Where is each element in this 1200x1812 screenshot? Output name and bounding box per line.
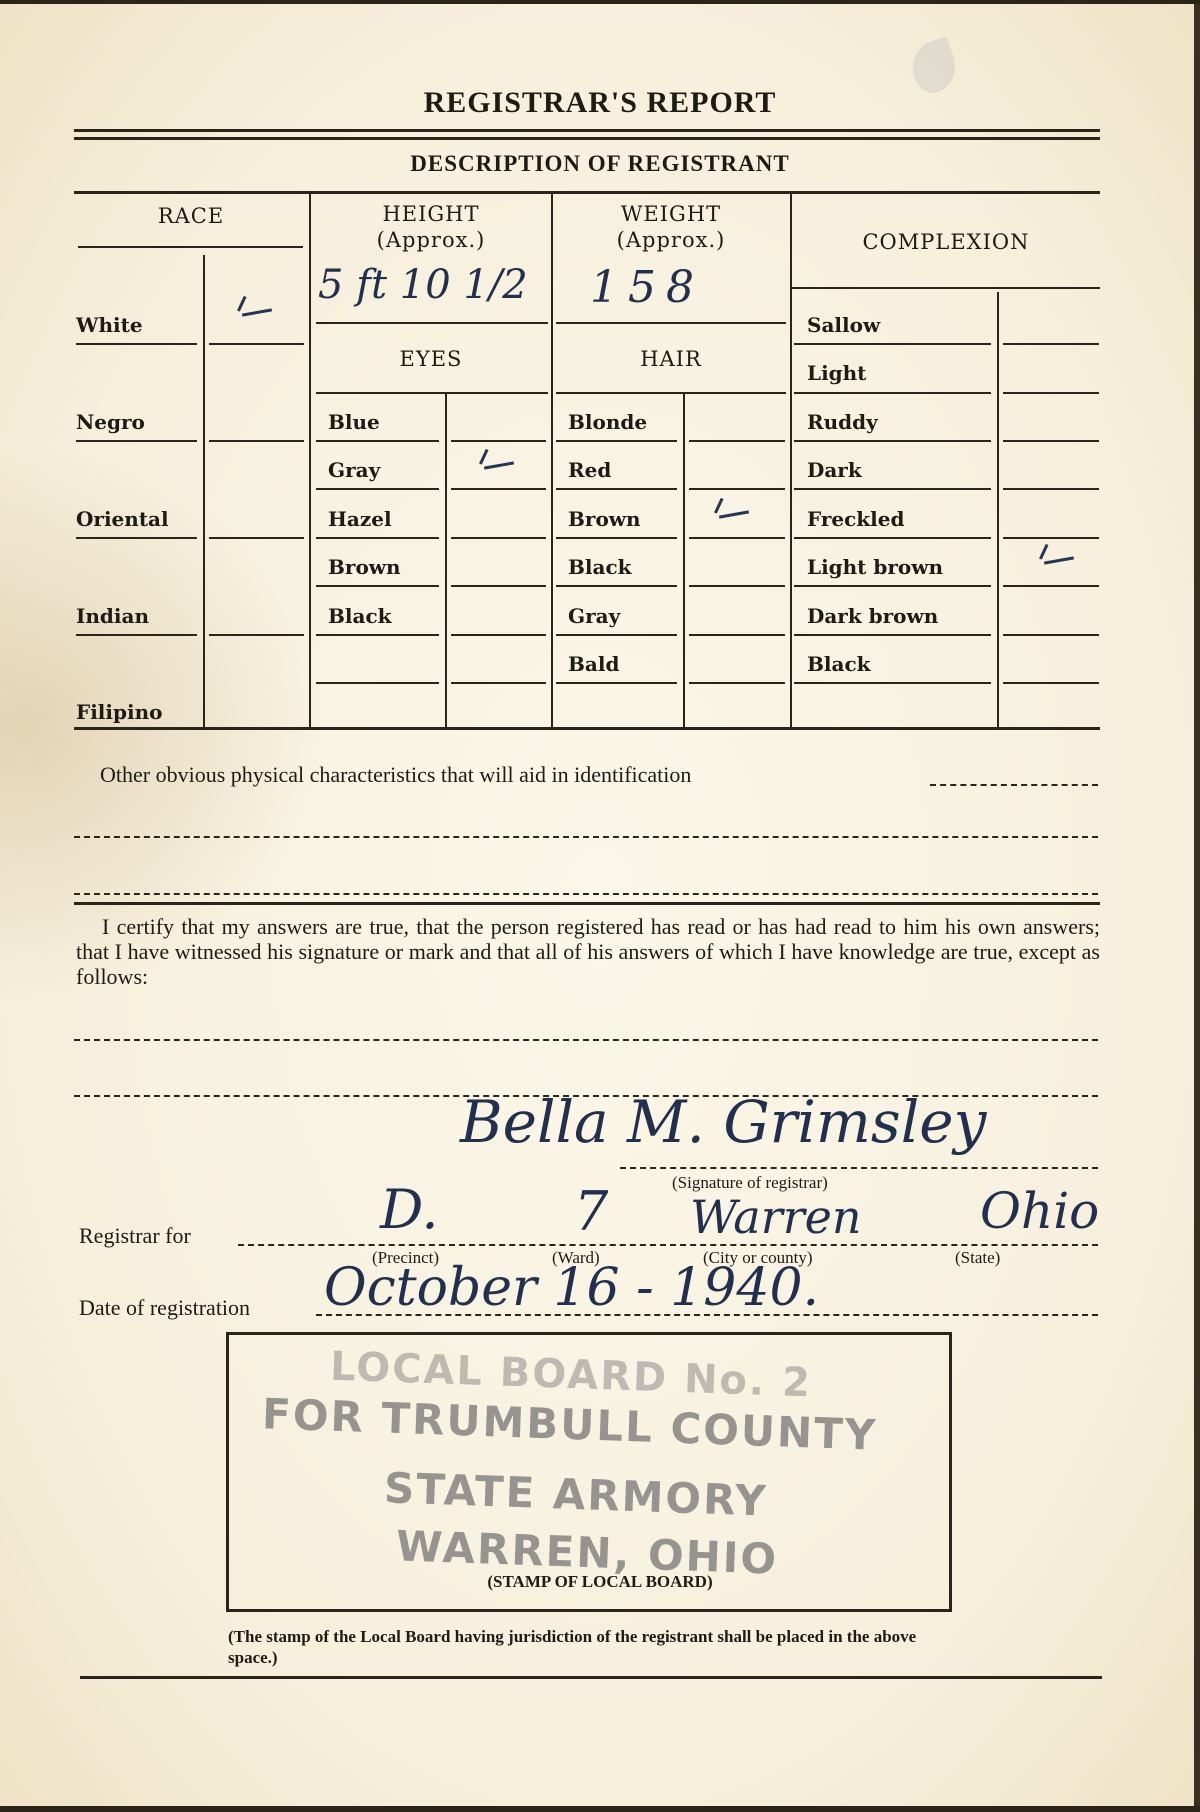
eyes-row-rule (316, 585, 439, 587)
complexion-mark-rule[interactable] (1003, 488, 1099, 490)
stamp-caption: (STAMP OF LOCAL BOARD) (0, 1572, 1200, 1592)
race-option-label: Filipino (76, 700, 162, 724)
eyes-option-label: Black (328, 604, 392, 628)
height-value-rule (316, 322, 548, 324)
stamp-note: (The stamp of the Local Board having jur… (228, 1626, 968, 1668)
eyes-option-label: Brown (328, 555, 401, 579)
state-caption: (State) (955, 1248, 1000, 1268)
eyes-header-rule (316, 392, 548, 394)
race-row-rule (76, 440, 197, 442)
complexion-header: COMPLEXION (792, 229, 1100, 255)
other-characteristics-field-1[interactable] (930, 784, 1098, 786)
race-mark-rule[interactable] (209, 634, 304, 636)
race-option-label: White (76, 313, 143, 337)
complexion-row-rule (794, 343, 991, 345)
hair-mark-rule[interactable] (689, 585, 785, 587)
race-mark-rule[interactable] (209, 537, 304, 539)
eyes-mark-rule[interactable] (451, 488, 546, 490)
race-option-label: Oriental (76, 507, 169, 531)
complexion-option-label: Light brown (807, 555, 943, 579)
city-value[interactable]: Warren (690, 1190, 862, 1244)
race-mark-divider (203, 255, 205, 728)
table-top-rule (74, 191, 1100, 194)
signature-line (620, 1167, 1098, 1169)
complexion-row-rule (794, 440, 991, 442)
height-header-label: HEIGHT (312, 201, 550, 227)
race-header-rule (78, 246, 303, 248)
eyes-mark-rule[interactable] (451, 634, 546, 636)
height-header: HEIGHT (Approx.) (312, 201, 550, 253)
weight-header: WEIGHT (Approx.) (553, 201, 789, 253)
eyes-mark-rule[interactable] (451, 682, 546, 684)
complexion-mark-divider (997, 292, 999, 728)
race-row-rule (76, 634, 197, 636)
eyes-mark-rule[interactable] (451, 585, 546, 587)
hair-header: HAIR (553, 346, 789, 372)
title-double-rule-bottom (74, 137, 1100, 140)
title-double-rule-top (74, 129, 1100, 132)
date-label: Date of registration (79, 1295, 250, 1321)
hair-option-label: Bald (568, 652, 619, 676)
complexion-row-rule (794, 682, 991, 684)
other-characteristics-field-3[interactable] (74, 893, 1098, 895)
check-mark-icon[interactable] (236, 297, 276, 315)
race-mark-rule[interactable] (209, 343, 304, 345)
complexion-option-label: Freckled (807, 507, 904, 531)
weight-header-sub: (Approx.) (553, 227, 789, 253)
complexion-row-rule (794, 488, 991, 490)
complexion-mark-rule[interactable] (1003, 392, 1099, 394)
hair-header-rule (556, 392, 786, 394)
hair-mark-rule[interactable] (689, 488, 785, 490)
race-header: RACE (76, 203, 306, 229)
eyes-header: EYES (312, 346, 550, 372)
hair-option-label: Black (568, 555, 632, 579)
hair-row-rule (556, 585, 677, 587)
weight-header-label: WEIGHT (553, 201, 789, 227)
complexion-mark-rule[interactable] (1003, 440, 1099, 442)
check-mark-icon[interactable] (713, 499, 753, 517)
hair-option-label: Gray (568, 604, 620, 628)
complexion-header-rule (792, 287, 1100, 289)
race-option-label: Negro (76, 410, 145, 434)
hair-row-rule (556, 682, 677, 684)
hair-mark-rule[interactable] (689, 440, 785, 442)
hair-row-rule (556, 537, 677, 539)
certification-text: I certify that my answers are true, that… (76, 914, 1100, 989)
height-value[interactable]: 5 ft 10 1/2 (318, 262, 528, 308)
complexion-option-label: Black (807, 652, 871, 676)
certification-top-rule (74, 902, 1100, 905)
check-mark-icon[interactable] (478, 450, 518, 468)
hair-mark-rule[interactable] (689, 537, 785, 539)
hair-row-rule (556, 488, 677, 490)
complexion-row-rule (794, 585, 991, 587)
eyes-row-rule (316, 440, 439, 442)
complexion-option-label: Dark brown (807, 604, 938, 628)
hair-row-rule (556, 440, 677, 442)
height-header-sub: (Approx.) (312, 227, 550, 253)
hair-mark-rule[interactable] (689, 682, 785, 684)
complexion-mark-rule[interactable] (1003, 585, 1099, 587)
date-value[interactable]: October 16 - 1940. (324, 1258, 819, 1318)
col-divider-height (551, 193, 553, 728)
eyes-row-rule (316, 682, 439, 684)
race-option-label: Indian (76, 604, 149, 628)
eyes-mark-rule[interactable] (451, 440, 546, 442)
complexion-option-label: Dark (807, 458, 862, 482)
hair-option-label: Brown (568, 507, 641, 531)
registrar-signature[interactable]: Bella M. Grimsley (460, 1088, 986, 1156)
hair-option-label: Blonde (568, 410, 647, 434)
check-mark-icon[interactable] (1038, 545, 1078, 563)
table-bottom-rule (74, 727, 1100, 730)
document-title: REGISTRAR'S REPORT (0, 86, 1200, 120)
eyes-row-rule (316, 634, 439, 636)
weight-value-rule (556, 322, 786, 324)
complexion-mark-rule[interactable] (1003, 682, 1099, 684)
complexion-option-label: Light (807, 361, 866, 385)
complexion-row-rule (794, 634, 991, 636)
hair-mark-rule[interactable] (689, 634, 785, 636)
other-characteristics-label: Other obvious physical characteristics t… (100, 762, 691, 788)
eyes-option-label: Hazel (328, 507, 392, 531)
col-divider-weight (790, 193, 792, 728)
bottom-rule (80, 1676, 1102, 1679)
hair-row-rule (556, 634, 677, 636)
complexion-row-rule (794, 537, 991, 539)
other-characteristics-field-2[interactable] (74, 836, 1098, 838)
eyes-mark-divider (445, 392, 447, 728)
complexion-option-label: Ruddy (807, 410, 878, 434)
eyes-row-rule (316, 488, 439, 490)
col-divider-race (309, 193, 311, 728)
complexion-row-rule (794, 392, 991, 394)
eyes-mark-rule[interactable] (451, 537, 546, 539)
state-value[interactable]: Ohio (980, 1182, 1099, 1240)
race-row-rule (76, 343, 197, 345)
complexion-option-label: Sallow (807, 313, 880, 337)
exceptions-field-1[interactable] (74, 1039, 1098, 1041)
eyes-option-label: Blue (328, 410, 380, 434)
complexion-mark-rule[interactable] (1003, 343, 1099, 345)
hair-mark-divider (683, 392, 685, 728)
weight-value[interactable]: 158 (590, 262, 704, 313)
registrar-for-line (238, 1244, 1098, 1246)
race-row-rule (76, 537, 197, 539)
registrar-for-label: Registrar for (79, 1223, 191, 1249)
complexion-mark-rule[interactable] (1003, 537, 1099, 539)
ward-value[interactable]: 7 (574, 1180, 608, 1243)
eyes-option-label: Gray (328, 458, 380, 482)
hair-option-label: Red (568, 458, 611, 482)
section-title: DESCRIPTION OF REGISTRANT (0, 151, 1200, 177)
precinct-value[interactable]: D. (380, 1178, 439, 1241)
race-mark-rule[interactable] (209, 440, 304, 442)
eyes-row-rule (316, 537, 439, 539)
complexion-mark-rule[interactable] (1003, 634, 1099, 636)
